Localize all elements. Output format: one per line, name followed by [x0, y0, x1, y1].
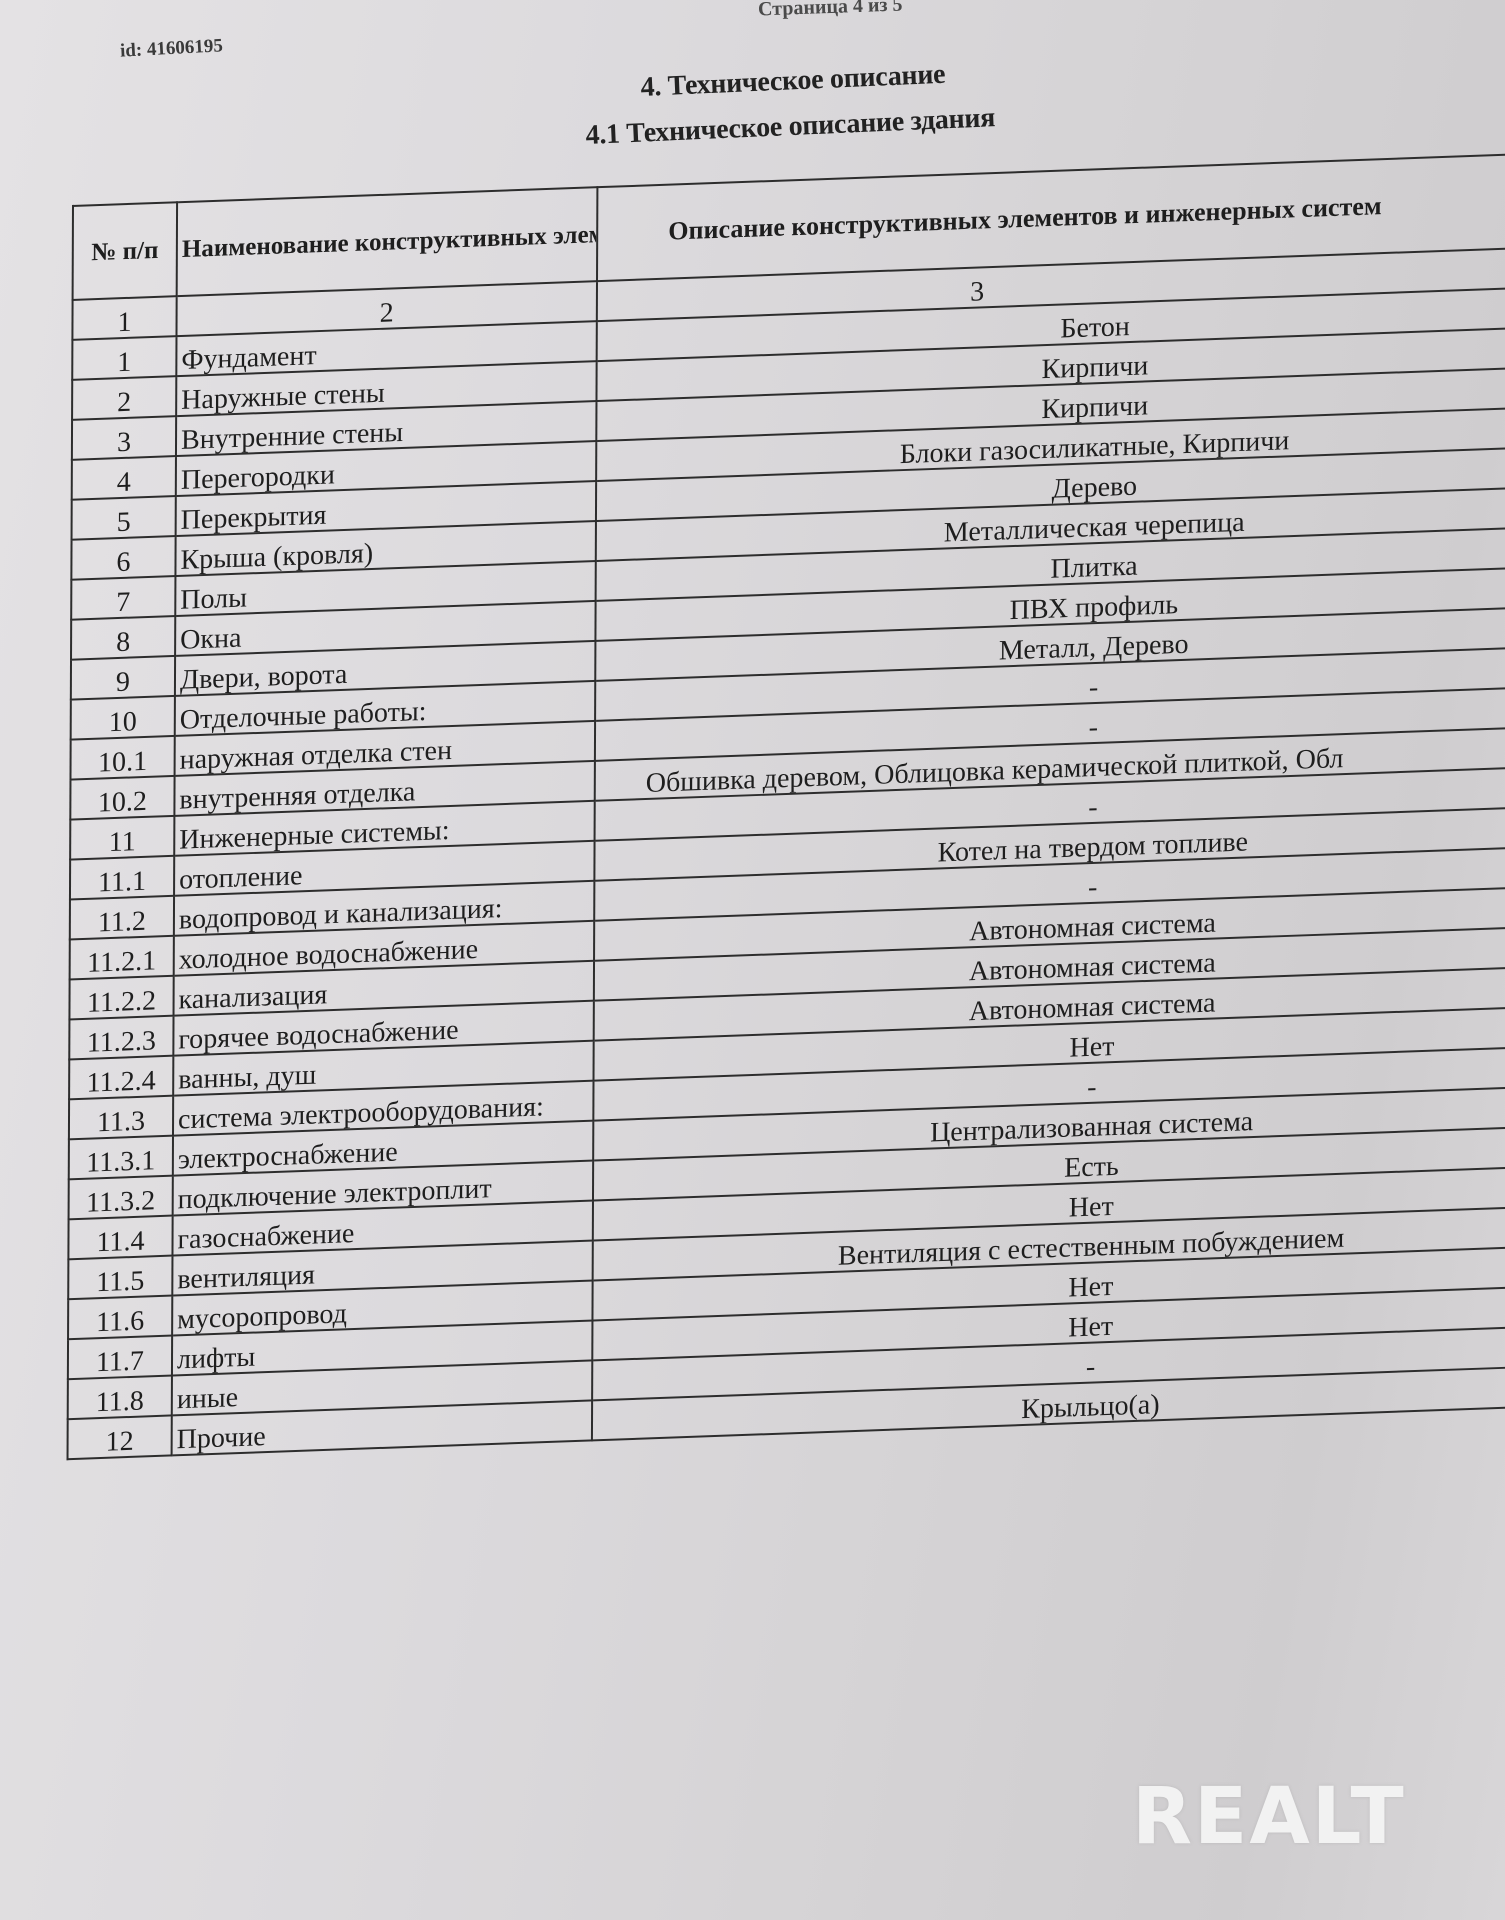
row-number: 10.2	[70, 776, 174, 820]
technical-description-table: № п/п Наименование конструктивных элемен…	[67, 151, 1505, 1461]
row-number: 11.3	[69, 1096, 173, 1140]
row-number: 10.1	[70, 736, 174, 780]
row-number: 11.8	[68, 1375, 172, 1419]
row-number: 4	[72, 456, 176, 500]
section-title: 4. Техническое описание	[640, 59, 946, 104]
row-number: 6	[71, 536, 175, 580]
document-photo: Страница 4 из 5 id: 41606195 4. Техничес…	[0, 0, 1505, 1920]
realt-watermark-logo: Realt	[1132, 1772, 1406, 1862]
row-number: 11.4	[68, 1216, 172, 1260]
row-number: 11.2.4	[69, 1056, 173, 1100]
row-number: 7	[71, 576, 175, 620]
page-number: Страница 4 из 5	[758, 0, 903, 22]
row-number: 2	[72, 376, 176, 420]
row-number: 11.2.2	[69, 976, 173, 1020]
row-number: 8	[71, 616, 175, 660]
row-number: 9	[71, 656, 175, 700]
row-number: 1	[72, 336, 176, 380]
row-number: 11.3.2	[69, 1176, 173, 1220]
row-number: 11.2.3	[69, 1016, 173, 1060]
column-header-name: Наименование конструктивных элементов и …	[177, 187, 598, 296]
row-number: 5	[72, 496, 176, 540]
row-number: 11	[70, 816, 174, 860]
row-number: 12	[68, 1415, 172, 1459]
row-number: 3	[72, 416, 176, 460]
subsection-title: 4.1 Техническое описание здания	[585, 102, 996, 152]
document-id: id: 41606195	[119, 35, 223, 62]
watermark-text: Realt	[1132, 1772, 1406, 1862]
row-number: 11.7	[68, 1336, 172, 1380]
technical-description-table-wrap: № п/п Наименование конструктивных элемен…	[67, 151, 1505, 1461]
row-number: 11.6	[68, 1296, 172, 1340]
row-number: 11.1	[70, 856, 174, 900]
column-number-1: 1	[72, 296, 176, 340]
row-number: 10	[71, 696, 175, 740]
row-number: 11.2.1	[70, 936, 174, 980]
row-number: 11.3.1	[69, 1136, 173, 1180]
row-number: 11.5	[68, 1256, 172, 1300]
column-header-number: № п/п	[73, 202, 177, 300]
row-number: 11.2	[70, 896, 174, 940]
